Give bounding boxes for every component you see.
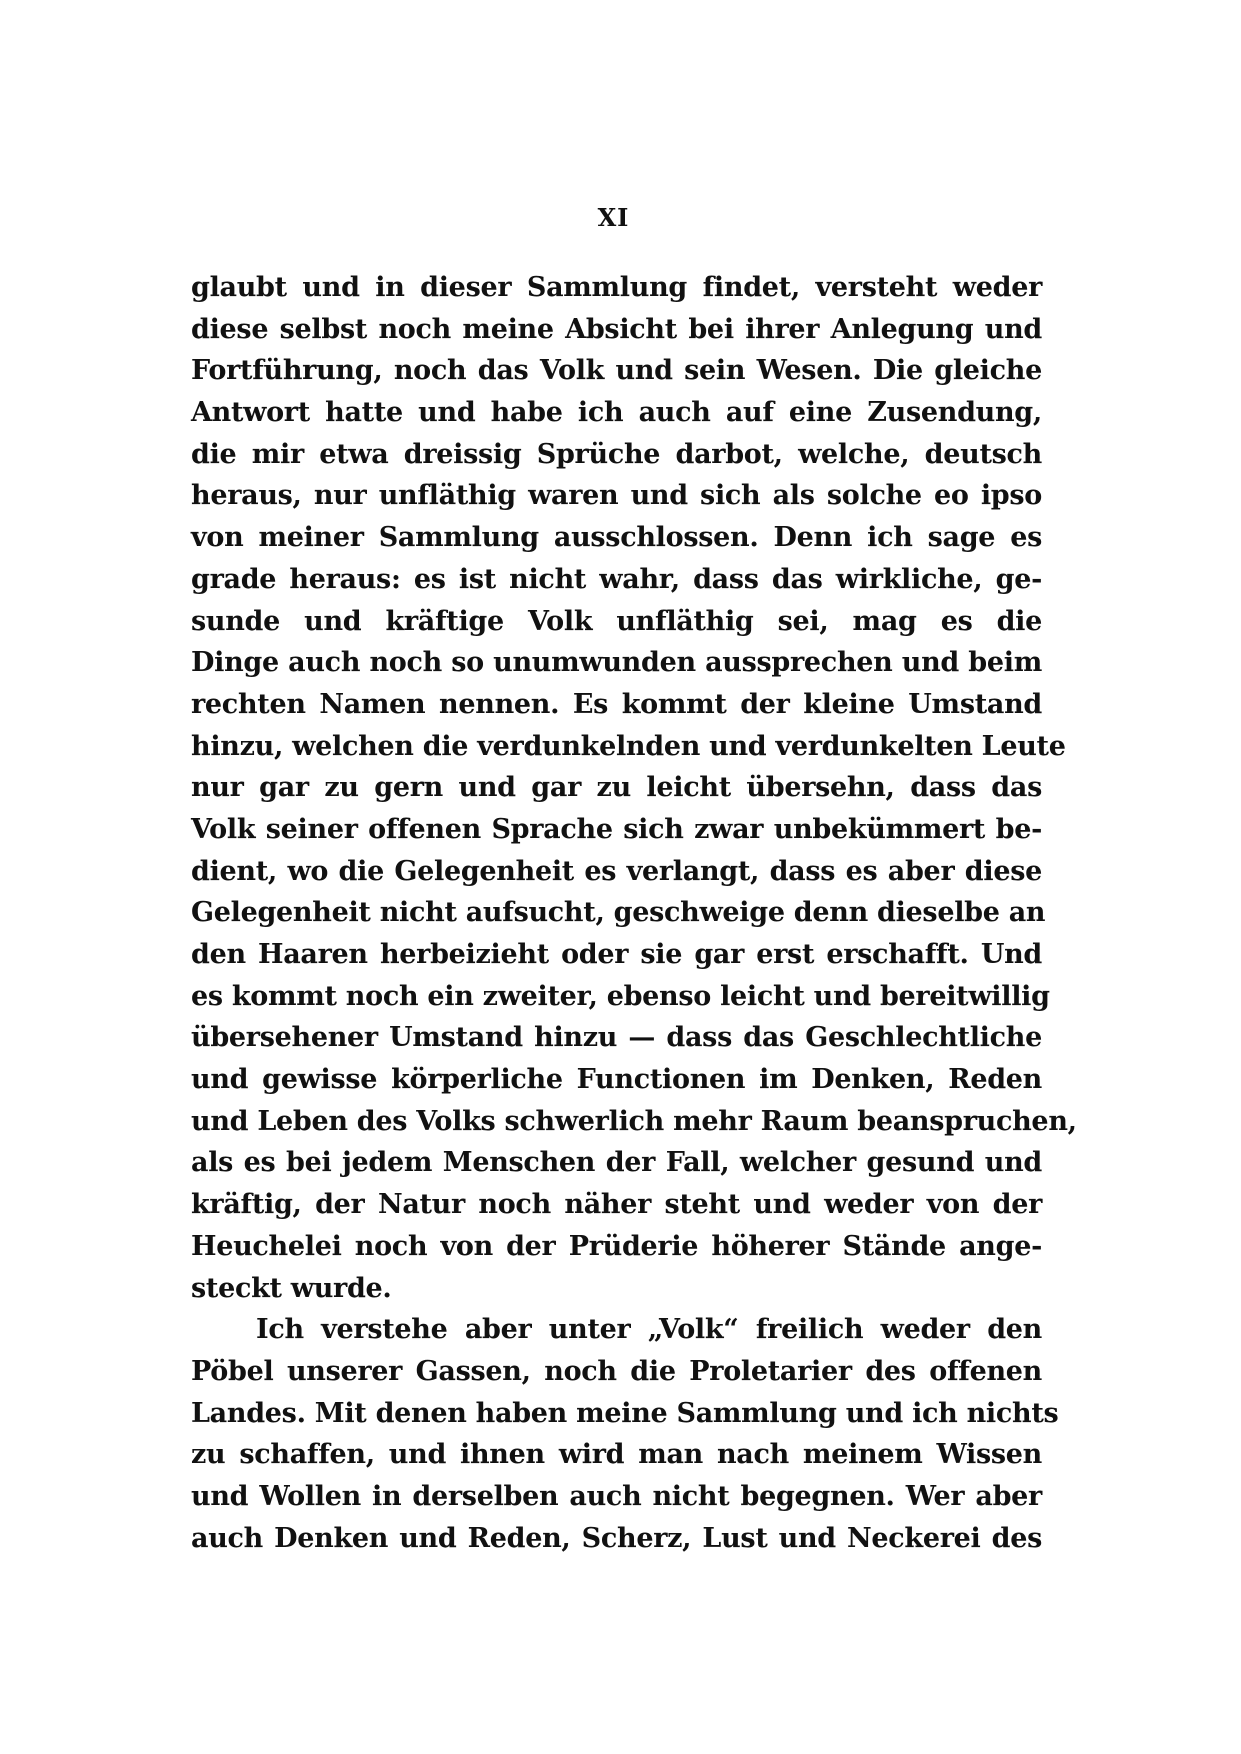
text-line: Antwort hatte und habe ich auch auf eine… — [191, 392, 1042, 434]
text-line: hinzu, welchen die verdunkelnden und ver… — [191, 726, 1042, 768]
text-line: Gelegenheit nicht aufsucht, geschweige d… — [191, 892, 1042, 934]
text-line: grade heraus: es ist nicht wahr, dass da… — [191, 559, 1042, 601]
text-line: und Wollen in derselben auch nicht begeg… — [191, 1476, 1042, 1518]
text-line: nur gar zu gern und gar zu leicht überse… — [191, 767, 1042, 809]
text-line: auch Denken und Reden, Scherz, Lust und … — [191, 1518, 1042, 1560]
text-line: Volk seiner offenen Sprache sich zwar un… — [191, 809, 1042, 851]
paragraph-start-line: Ich verstehe aber unter „Volk“ freilich … — [191, 1309, 1042, 1351]
text-line: heraus, nur unfläthig waren und sich als… — [191, 475, 1042, 517]
text-line: von meiner Sammlung ausschlossen. Denn i… — [191, 517, 1042, 559]
text-line: Pöbel unserer Gassen, noch die Proletari… — [191, 1351, 1042, 1393]
text-line: es kommt noch ein zweiter, ebenso leicht… — [191, 976, 1042, 1018]
text-line: sunde und kräftige Volk unfläthig sei, m… — [191, 601, 1042, 643]
text-line: dient, wo die Gelegenheit es verlangt, d… — [191, 851, 1042, 893]
text-line: Heuchelei noch von der Prüderie höherer … — [191, 1226, 1042, 1268]
text-line: diese selbst noch meine Absicht bei ihre… — [191, 309, 1042, 351]
text-line: Fortführung, noch das Volk und sein Wese… — [191, 350, 1042, 392]
text-line: Landes. Mit denen haben meine Sammlung u… — [191, 1393, 1042, 1435]
text-line: und Leben des Volks schwerlich mehr Raum… — [191, 1101, 1042, 1143]
text-line: zu schaffen, und ihnen wird man nach mei… — [191, 1434, 1042, 1476]
page-number: XI — [0, 203, 1234, 233]
text-line: rechten Namen nennen. Es kommt der klein… — [191, 684, 1042, 726]
text-line: kräftig, der Natur noch näher steht und … — [191, 1184, 1042, 1226]
text-line: und gewisse körperliche Functionen im De… — [191, 1059, 1042, 1101]
paragraph-end-line: steckt wurde. — [191, 1268, 1042, 1310]
text-line: als es bei jedem Menschen der Fall, welc… — [191, 1142, 1042, 1184]
text-line: den Haaren herbeizieht oder sie gar erst… — [191, 934, 1042, 976]
text-line: übersehener Umstand hinzu — dass das Ges… — [191, 1017, 1042, 1059]
text-line: Dinge auch noch so unumwunden ausspreche… — [191, 642, 1042, 684]
book-page: XI glaubt und in dieser Sammlung findet,… — [0, 0, 1241, 1754]
text-line: die mir etwa dreissig Sprüche darbot, we… — [191, 434, 1042, 476]
text-line: glaubt und in dieser Sammlung findet, ve… — [191, 267, 1042, 309]
body-text: glaubt und in dieser Sammlung findet, ve… — [191, 267, 1042, 1559]
